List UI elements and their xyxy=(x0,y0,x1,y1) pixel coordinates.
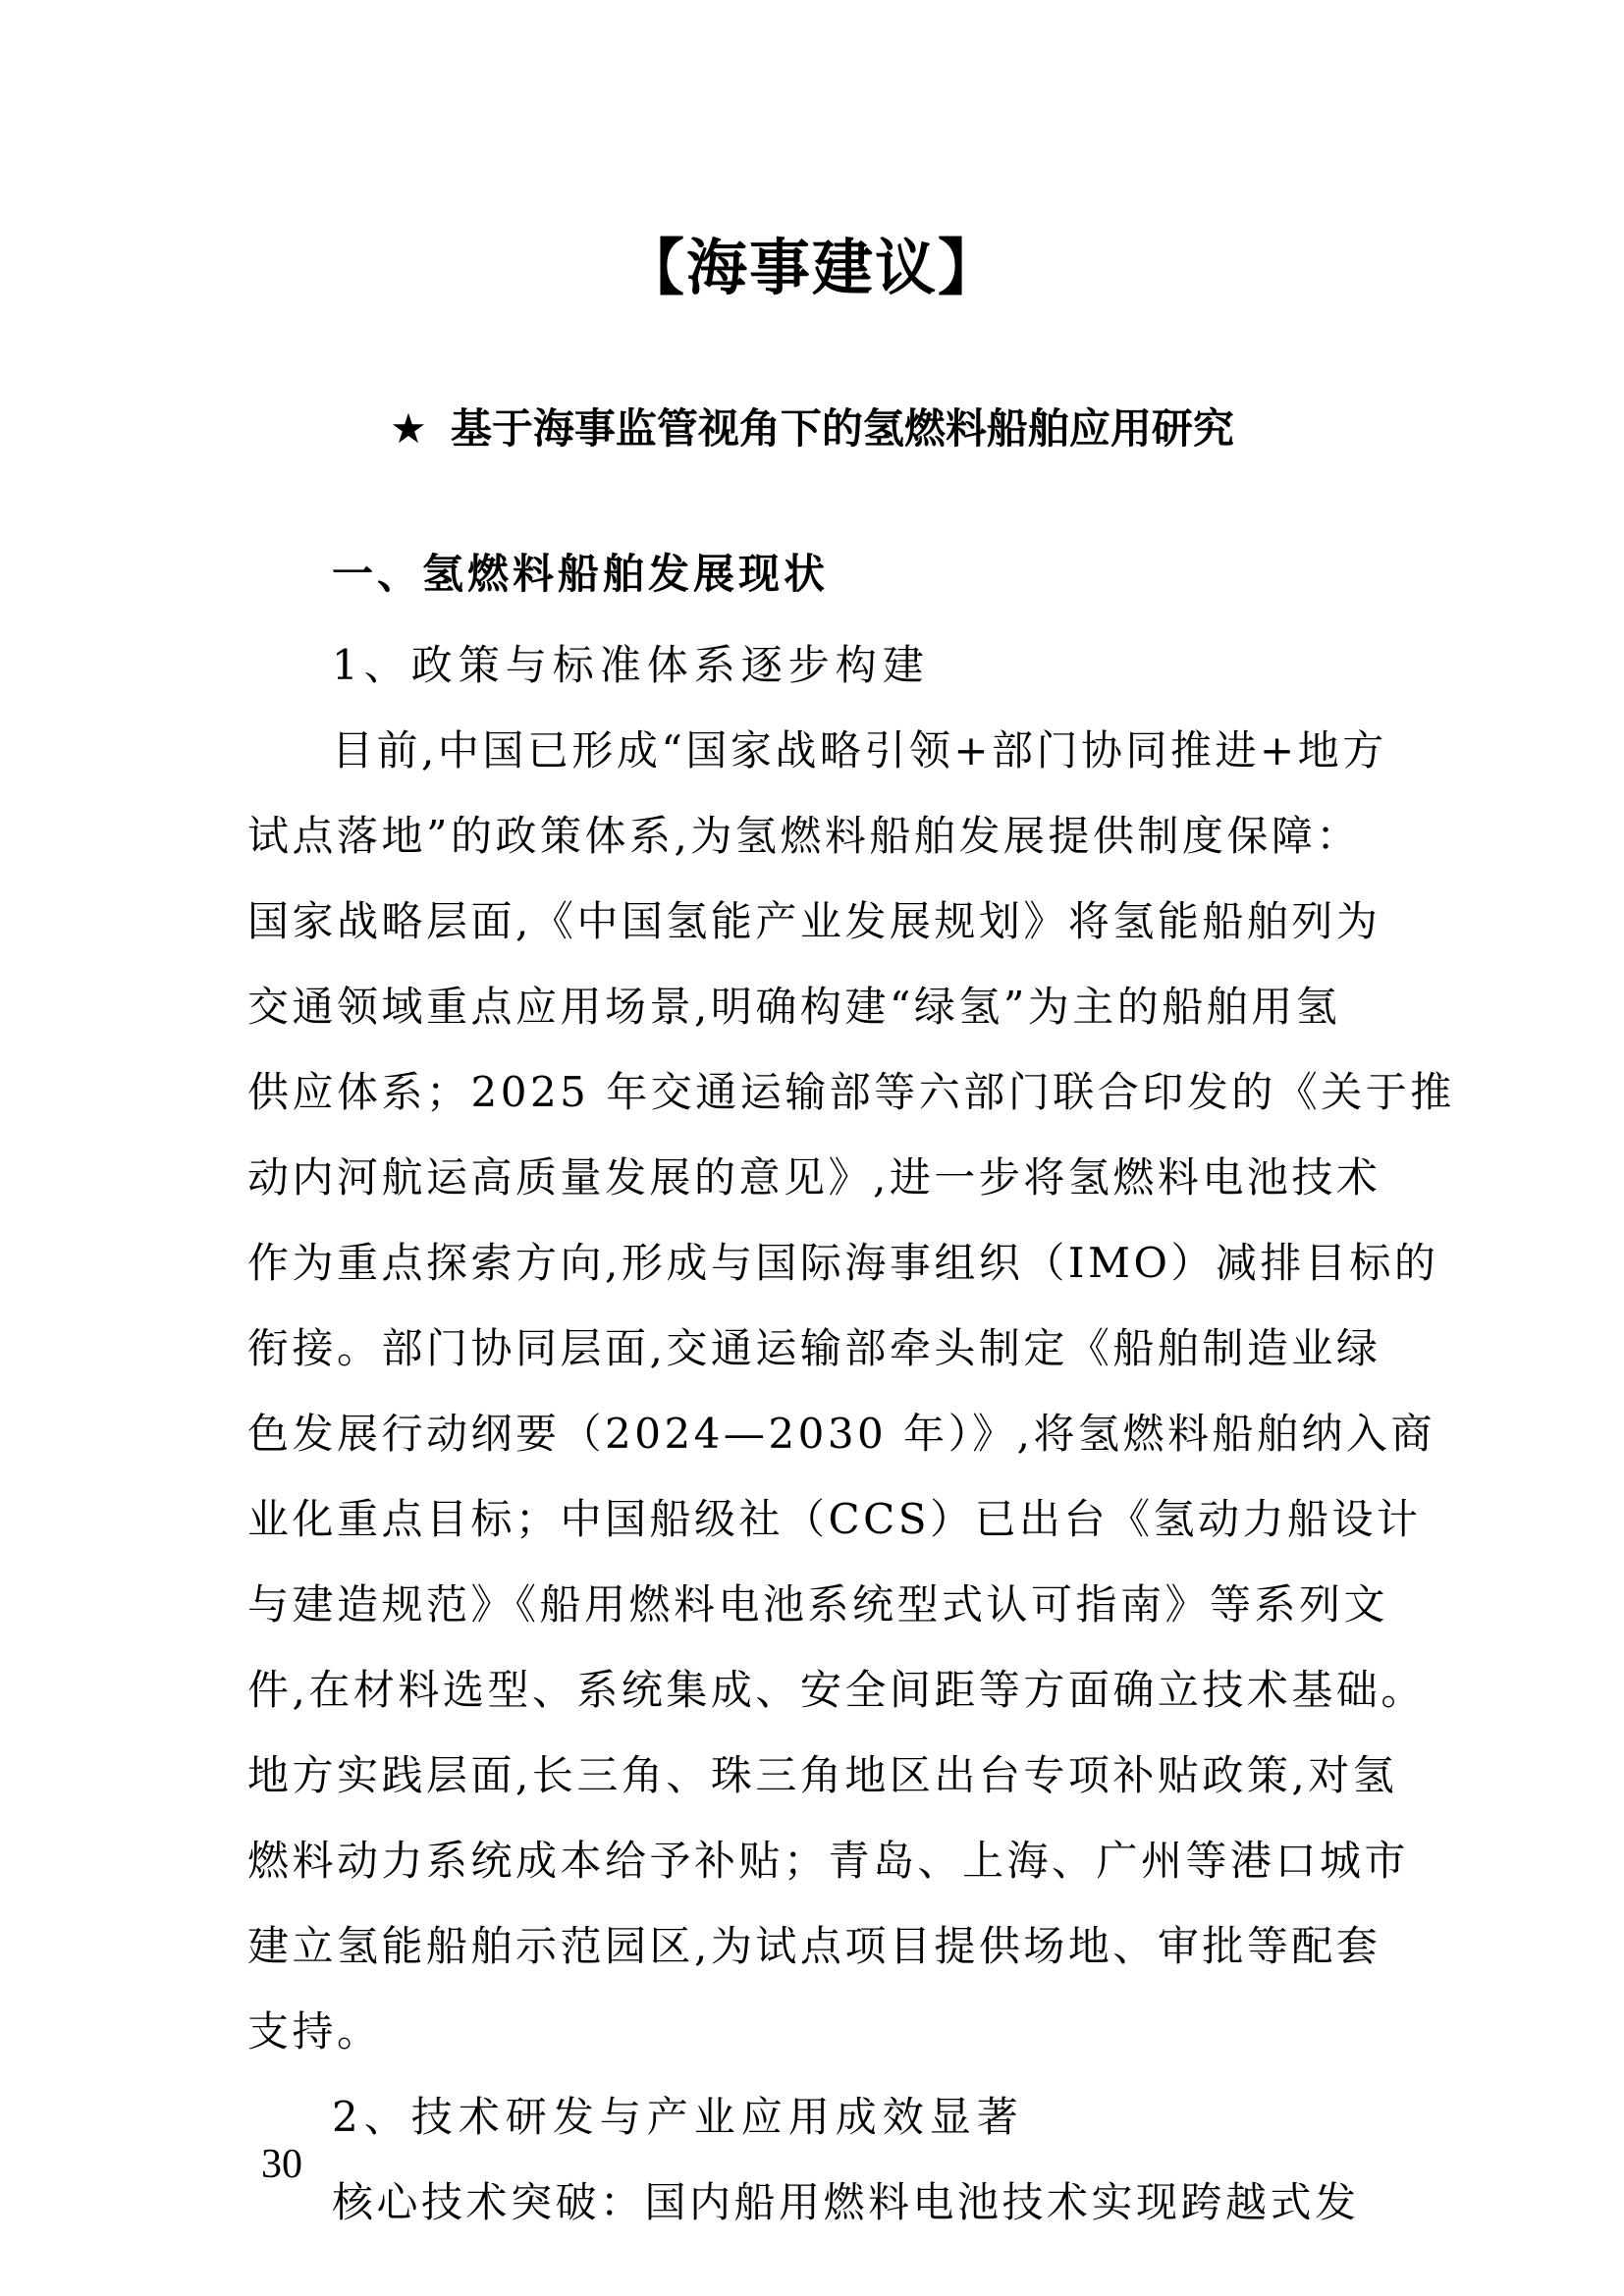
paragraph-line: 业化重点目标；中国船级社（CCS）已出台《氢动力船设计 xyxy=(247,1476,1386,1562)
paragraph-line: 试点落地”的政策体系,为氢燃料船舶发展提供制度保障： xyxy=(247,793,1386,879)
paragraph-line: 供应体系；2025 年交通运输部等六部门联合印发的《关于推 xyxy=(247,1049,1386,1135)
subsection-heading: 1、政策与标准体系逐步构建 xyxy=(247,622,1386,708)
paragraph-line: 交通领域重点应用场景,明确构建“绿氢”为主的船舶用氢 xyxy=(247,964,1386,1049)
subsection-heading: 2、技术研发与产业应用成效显著 xyxy=(247,2074,1386,2160)
paragraph-line: 件,在材料选型、系统集成、安全间距等方面确立技术基础。 xyxy=(247,1647,1386,1733)
paragraph-line: 衔接。部门协同层面,交通运输部牵头制定《船舶制造业绿 xyxy=(247,1306,1386,1391)
paragraph-line: 作为重点探索方向,形成与国际海事组织（IMO）减排目标的 xyxy=(247,1220,1386,1306)
paragraph-line: 目前,中国已形成“国家战略引领+部门协同推进+地方 xyxy=(247,708,1386,793)
paragraph-line: 地方实践层面,长三角、珠三角地区出台专项补贴政策,对氢 xyxy=(247,1733,1386,1818)
article-title: ★基于海事监管视角下的氢燃料船舶应用研究 xyxy=(0,395,1624,463)
paragraph-line: 色发展行动纲要（2024—2030 年）》,将氢燃料船舶纳入商 xyxy=(247,1391,1386,1476)
page-title: 【海事建议】 xyxy=(0,224,1624,312)
paragraph-line: 动内河航运高质量发展的意见》,进一步将氢燃料电池技术 xyxy=(247,1135,1386,1220)
paragraph-technology: 核心技术突破：国内船用燃料电池技术实现跨越式发 xyxy=(247,2160,1386,2245)
page-number: 30 xyxy=(261,2140,302,2189)
section-heading: 一、氢燃料船舶发展现状 xyxy=(247,540,1386,609)
paragraph-line: 建立氢能船舶示范园区,为试点项目提供场地、审批等配套 xyxy=(247,1903,1386,1989)
paragraph-line: 与建造规范》《船用燃料电池系统型式认可指南》等系列文 xyxy=(247,1562,1386,1647)
article-body: 一、氢燃料船舶发展现状 1、政策与标准体系逐步构建 目前,中国已形成“国家战略引… xyxy=(247,540,1386,2245)
paragraph-policy: 目前,中国已形成“国家战略引领+部门协同推进+地方 试点落地”的政策体系,为氢燃… xyxy=(247,708,1386,2074)
paragraph-line: 核心技术突破：国内船用燃料电池技术实现跨越式发 xyxy=(247,2160,1386,2245)
star-icon: ★ xyxy=(390,404,427,453)
paragraph-line: 燃料动力系统成本给予补贴；青岛、上海、广州等港口城市 xyxy=(247,1818,1386,1903)
article-title-text: 基于海事监管视角下的氢燃料船舶应用研究 xyxy=(451,404,1234,453)
paragraph-line: 支持。 xyxy=(247,1989,1386,2074)
paragraph-line: 国家战略层面,《中国氢能产业发展规划》将氢能船舶列为 xyxy=(247,879,1386,964)
